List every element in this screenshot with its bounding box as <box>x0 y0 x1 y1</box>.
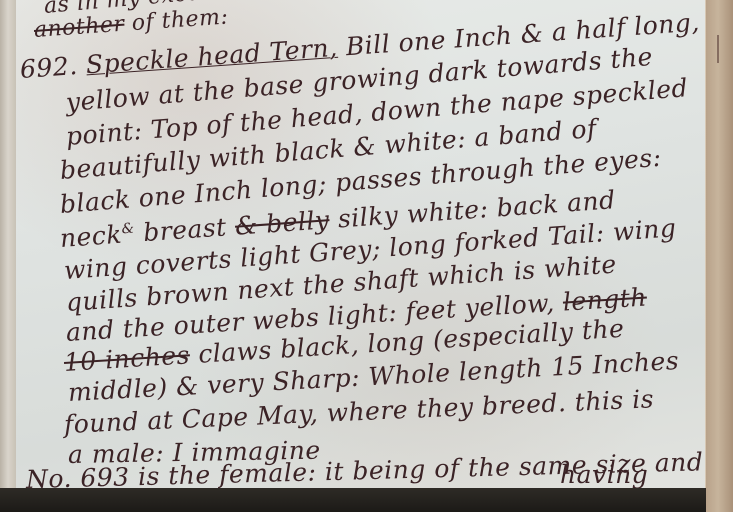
struck-word: another <box>33 12 125 43</box>
book-binding-edge <box>705 0 733 512</box>
entry-number: 692. <box>19 51 79 84</box>
background-shadow <box>0 488 706 512</box>
struck-word: & belly <box>234 205 330 241</box>
manuscript-page: as in my excursions another of them: 692… <box>16 0 706 490</box>
struck-word: length <box>562 283 648 317</box>
catchword: having <box>560 460 648 489</box>
struck-word: 10 inches <box>63 340 191 377</box>
edge-ink-mark <box>717 35 719 63</box>
adjacent-page-edge <box>0 0 17 498</box>
line-text: of them: <box>131 4 229 36</box>
inserted-word: & <box>121 220 135 237</box>
line-text: neck <box>59 220 123 253</box>
line-text: breast <box>142 212 227 247</box>
